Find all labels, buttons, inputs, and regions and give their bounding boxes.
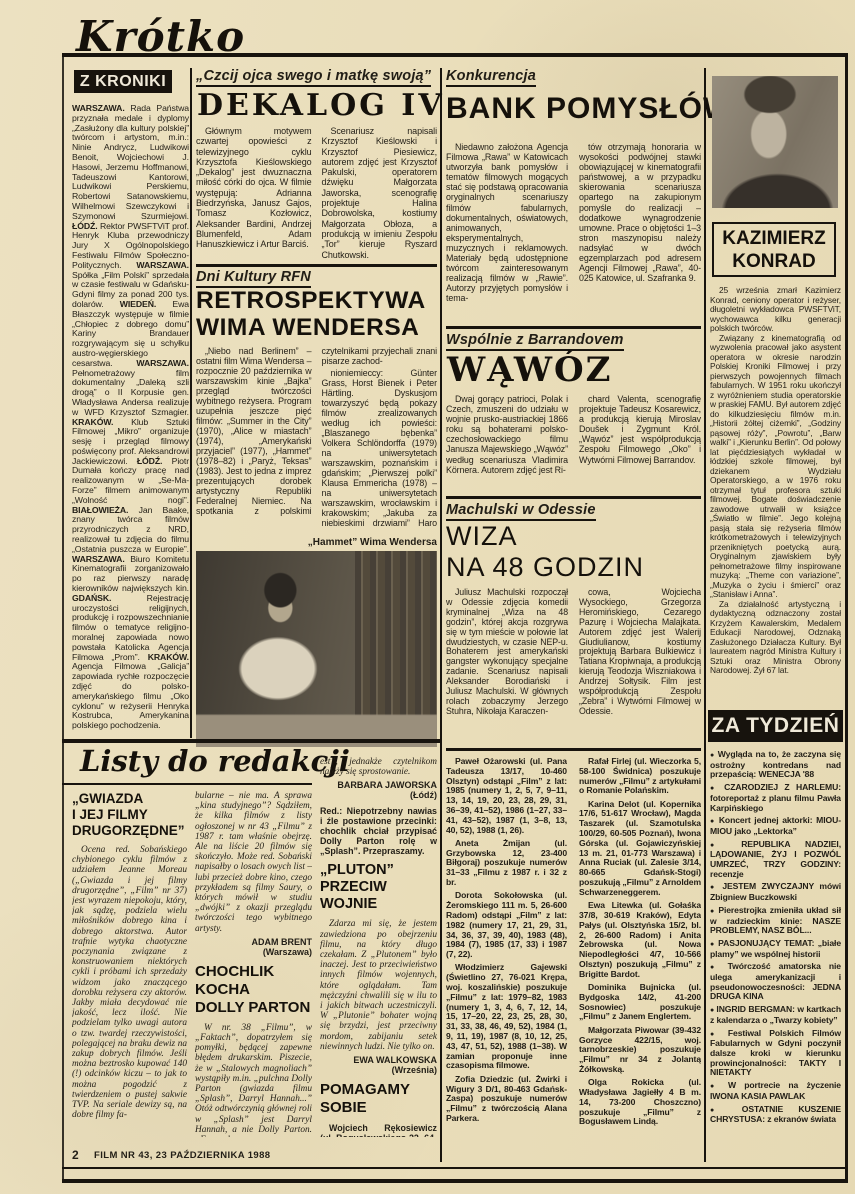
letter-gwiazda-signature: ADAM BRENT (Warszawa) [195, 937, 312, 957]
za-tydzien-header-box: ZA TYDZIEŃ [708, 710, 843, 742]
wiza-kicker-text: Machulski w Odessie [446, 502, 596, 521]
section-rule-wawoz [446, 326, 701, 329]
letter-gwiazda-continuation: bularne – nie ma. A sprawa „kina studyjn… [195, 791, 312, 934]
letter-pluton-signature: EWA WALKOWSKA (Września) [320, 1055, 437, 1075]
wawoz-body: Dwaj gorący patrioci, Polak i Czech, zmu… [446, 394, 701, 490]
page-right-edge [845, 57, 848, 1181]
kronika-city-label: WARSZAWA. [136, 260, 189, 270]
footer-rule [62, 1167, 848, 1169]
editor-note: Red.: Niepotrzebny nawias i źle postawio… [320, 806, 437, 856]
classified-ad: Dorota Sokołowska (ul. Żeromskiego 111 m… [446, 891, 567, 960]
konrad-title-box: KAZIMIERZ KONRAD [712, 222, 836, 277]
section-rule-rfn [196, 264, 437, 267]
wiza-kicker: Machulski w Odessie [446, 502, 596, 521]
footer-issue-line: FILM NR 43, 23 PAŹDZIERNIKA 1988 [94, 1150, 270, 1161]
signature-location: (Łódź) [410, 790, 437, 800]
obituary-paragraph: 25 września zmarł Kazimierz Konrad, ceni… [710, 286, 841, 334]
letter-pluton-text: Zdarza mi się, że jestem zawiedziona po … [320, 919, 437, 1052]
letter-chochlik-spill: est”, jednakże czytelnikom należy się sp… [320, 757, 437, 777]
letter-gwiazda-heading: „GWIAZDA I JEJ FILMY DRUGORZĘDNE” [72, 791, 187, 839]
bank-body: Niedawno założona Agencja Filmowa „Rawa”… [446, 142, 701, 322]
listy-rule-top [62, 739, 440, 743]
classified-ad: Włodzimierz Gajewski (Świetlino 27, 76-0… [446, 963, 567, 1071]
letter-pluton-heading: „PLUTON” PRZECIW WOJNIE [320, 862, 437, 913]
konrad-obituary: 25 września zmarł Kazimierz Konrad, ceni… [710, 286, 841, 702]
wenders-photo-caption: „Hammet” Wima Wendersa [196, 537, 437, 548]
wiza-col2: cowa, Wojciecha Wysockiego, Grzegorza He… [579, 588, 701, 717]
wenders-headline: RETROSPEKTYWA WIMA WENDERSA [196, 287, 426, 341]
za-tydzien-item: Twórczość amatorska nie ulega amerykaniz… [710, 962, 841, 1002]
kronika-body: WARSZAWA. Rada Państwa przyznała medale … [72, 104, 189, 736]
wawoz-col2: chard Valenta, scenografię projektuje Ta… [579, 394, 701, 465]
listy-rule-bottom [62, 783, 312, 785]
kronika-city-label: ŁÓDŹ. [137, 456, 172, 466]
rfn-kicker-text: Dni Kultury RFN [196, 269, 311, 288]
column-divider-1 [190, 68, 192, 738]
kronika-city-label: BIAŁOWIEŻA. [72, 505, 139, 515]
letter-middle-column: bularne – nie ma. A sprawa „kina studyjn… [195, 791, 312, 1137]
letter-gwiazda-text: Ocena red. Sobańskiego chybionego cyklu … [72, 845, 187, 1120]
za-tydzien-item: INGRID BERGMAN: w kartkach z kalendarza … [710, 1005, 841, 1025]
za-tydzien-item: Pierestrojka zmieniła układ sił w radzie… [710, 906, 841, 936]
kronika-city-label: GDAŃSK. [72, 593, 147, 603]
signature-name: BARBARA JAWORSKA [337, 780, 437, 790]
letter-chochlik-text: W nr. 38 „Filmu”, w „Faktach”, dopatrzył… [195, 1023, 312, 1137]
wiza-col1: Juliusz Machulski rozpoczął w Odessie zd… [446, 588, 568, 717]
wiza-headline: WIZA NA 48 GODZIN [446, 521, 644, 583]
bank-kicker: Konkurencja [446, 68, 536, 87]
kazimierz-konrad-portrait-photo [712, 76, 838, 208]
kronika-item-text: Agencja Filmowa „Galicja” zapowiada rych… [72, 661, 189, 730]
rfn-kicker: Dni Kultury RFN [196, 269, 311, 288]
pomagamy-heading: POMAGAMY SOBIE [320, 1081, 437, 1117]
wenders-col2: nioniemieccy: Günter Grass, Horst Bienek… [322, 346, 438, 534]
section-rule-classifieds [446, 748, 701, 751]
wawoz-col1: Dwaj gorący patrioci, Polak i Czech, zmu… [446, 394, 568, 475]
column-divider-2 [440, 68, 442, 1162]
page-bottom-edge [62, 1179, 848, 1183]
section-rule-wiza [446, 496, 701, 499]
obituary-paragraph: Za działalność artystyczną i dydaktyczną… [710, 600, 841, 676]
wawoz-kicker: Wspólnie z Barrandovem [446, 332, 624, 351]
wenders-body: „Niebo nad Berlinem” – ostatni film Wima… [196, 346, 437, 534]
classified-ad: Paweł Ożarowski (ul. Pana Tadeusza 13/17… [446, 757, 567, 835]
letter-pluton-body: Zdarza mi się, że jestem zawiedziona po … [320, 919, 437, 1052]
classified-ad: Rafał Firlej (ul. Wieczorka 5, 58-100 Św… [579, 757, 701, 796]
bank-kicker-text: Konkurencja [446, 68, 536, 87]
za-tydzien-item: Koncert jednej aktorki: MIOU-MIOU jako „… [710, 816, 841, 836]
kronika-header-box: Z KRONIKI [74, 70, 172, 93]
letter-gwiazda-body: Ocena red. Sobańskiego chybionego cyklu … [72, 845, 187, 1120]
kronika-item-text: Pełnometrażowy film dokumentalny „Daleką… [72, 368, 189, 417]
wenders-film-still-photo [196, 551, 437, 747]
newspaper-page: Krótko Z KRONIKI WARSZAWA. Rada Państwa … [0, 0, 855, 1194]
kronika-city-label: KRAKÓW. [148, 652, 189, 662]
page-left-edge [62, 57, 64, 1181]
letter-chochlik-heading: CHOCHLIK KOCHA DOLLY PARTON [195, 963, 312, 1017]
za-tydzien-item: W portrecie na życzenie IWONA KASIA PAWL… [710, 1081, 841, 1101]
letter-gwiazda-text2: bularne – nie ma. A sprawa „kina studyjn… [195, 791, 312, 934]
signature-location: (Warszawa) [263, 947, 312, 957]
letter-chochlik-signature: BARBARA JAWORSKA (Łódź) [320, 780, 437, 800]
za-tydzien-item: JESTEM ZWYCZAJNY mówi Zbigniew Buczkowsk… [710, 882, 841, 902]
classifieds-column-a: Paweł Ożarowski (ul. Pana Tadeusza 13/17… [446, 757, 567, 1139]
za-tydzien-item: Wygląda na to, że zaczyna się ostrożny k… [710, 750, 841, 780]
dekalog-col2: Scenariusz napisali Krzysztof Kieślowski… [322, 126, 438, 260]
za-tydzien-item: REPUBLIKA NADZIEI, LĄDOWANIE, ŻYJ I POZW… [710, 840, 841, 880]
signature-name: EWA WALKOWSKA [353, 1055, 437, 1065]
classified-ad: Małgorzata Piwowar (39-432 Gorzyce 422/1… [579, 1026, 701, 1075]
obituary-paragraph: Związany z kinematografią od wyzwolenia … [710, 334, 841, 600]
classified-ad: Karina Delot (ul. Kopernika 17/6, 51-617… [579, 800, 701, 898]
za-tydzien-item: OSTATNIE KUSZENIE CHRYSTUSA: z ekranów ś… [710, 1105, 841, 1125]
za-tydzien-title: ZA TYDZIEŃ [712, 714, 840, 737]
dekalog-body: Głównym motywem czwartej opowieści z tel… [196, 126, 437, 262]
kronika-city-label: WARSZAWA. [72, 104, 130, 113]
signature-name: ADAM BRENT [252, 937, 313, 947]
wawoz-kicker-text: Wspólnie z Barrandovem [446, 332, 624, 351]
letter-right-column: est”, jednakże czytelnikom należy się sp… [320, 757, 437, 1137]
pomagamy-body: Wojciech Rękosiewicz (ul. Bogusławskiego… [320, 1123, 437, 1137]
kronika-city-label: WARSZAWA. [72, 554, 130, 564]
letter-chochlik-body: W nr. 38 „Filmu”, w „Faktach”, dopatrzył… [195, 1023, 312, 1137]
kronika-title: Z KRONIKI [80, 73, 166, 90]
masthead-rule [62, 53, 848, 57]
kronika-city-label: WARSZAWA. [136, 358, 189, 368]
listy-title: Listy do redakcji [80, 744, 350, 778]
footer-page-number: 2 [72, 1148, 79, 1162]
classifieds-column-b: Rafał Firlej (ul. Wieczorka 5, 58-100 Św… [579, 757, 701, 1139]
signature-location: (Września) [392, 1065, 437, 1075]
za-tydzien-item: Festiwal Polskich Filmów Fabularnych w G… [710, 1029, 841, 1079]
classified-ad: Dominika Bujnicka (ul. Bydgoska 14/2, 41… [579, 983, 701, 1022]
classified-ad: Ewa Litewka (ul. Gołaśka 37/8, 30-619 Kr… [579, 901, 701, 979]
za-tydzien-item: CZARODZIEJ Z HARLEMU: fotoreportaż z pla… [710, 783, 841, 813]
letter-gwiazda-column: „GWIAZDA I JEJ FILMY DRUGORZĘDNE” Ocena … [72, 791, 187, 1137]
kronika-item-text: Rada Państwa przyznała medale i dyplomy … [72, 104, 189, 221]
letter-chochlik-spill-text: est”, jednakże czytelnikom należy się sp… [320, 757, 437, 777]
dekalog-col1: Głównym motywem czwartej opowieści z tel… [196, 126, 312, 250]
dekalog-kicker-text: „Czcij ojca swego i matkę swoją” [196, 68, 431, 87]
wiza-body: Juliusz Machulski rozpoczął w Odessie zd… [446, 588, 701, 740]
classified-ad: Zofia Dziedzic (ul. Żwirki i Wigury 3 D/… [446, 1075, 567, 1124]
kronika-city-label: KRAKÓW. [72, 417, 131, 427]
kronika-city-label: ŁÓDŹ. [72, 221, 100, 231]
za-tydzien-item: PASJONUJĄCY TEMAT: „białe plamy” we wspó… [710, 939, 841, 959]
bank-col2: tów otrzymają honoraria w wysokości podw… [579, 142, 701, 283]
wawoz-headline: WĄWÓZ [447, 350, 613, 390]
bank-headline: BANK POMYSŁÓW [446, 92, 732, 126]
dekalog-headline: DEKALOG IV [197, 88, 445, 123]
kronika-paragraph: WARSZAWA. Rada Państwa przyznała medale … [72, 104, 189, 731]
kronika-city-label: WIEDEŃ. [120, 299, 173, 309]
classified-ad: Aneta Żmijan (ul. Grzybowska 12, 23-400 … [446, 839, 567, 888]
dekalog-kicker: „Czcij ojca swego i matkę swoją” [196, 68, 431, 87]
za-tydzien-list: Wygląda na to, że zaczyna się ostrożny k… [710, 750, 841, 1138]
column-divider-3 [704, 68, 706, 1162]
bank-col1: Niedawno założona Agencja Filmowa „Rawa”… [446, 142, 568, 304]
classified-ad: Olga Rokicka (ul. Władysława Jagiełły 4 … [579, 1078, 701, 1127]
